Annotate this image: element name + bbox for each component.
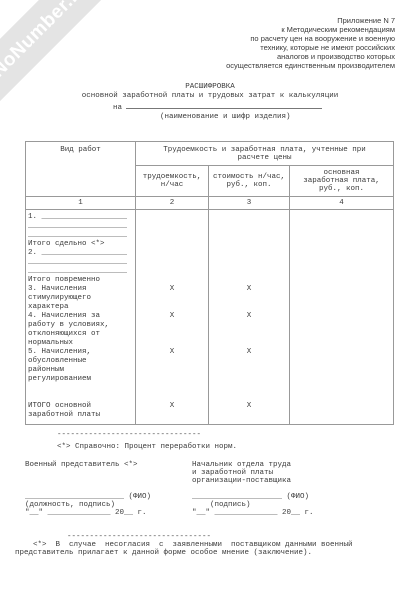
header-cell-vid-rabot: Вид работ <box>26 142 136 197</box>
table-body-row: 1. ___________________ _________________… <box>26 210 394 425</box>
header-cell-trudoemkost: трудоемкость, н/час <box>136 166 209 197</box>
footnote-norms: -------------------------------- <*> Спр… <box>57 431 395 451</box>
footnote-norms-text: <*> Справочно: Процент переработки норм. <box>57 443 395 451</box>
header-cell-stoimost: стоимость н/час, руб., коп. <box>209 166 290 197</box>
footnote-disagreement: -------------------------------- <*> В с… <box>25 533 395 557</box>
document-subtitle: основной заработной платы и трудовых зат… <box>25 92 395 101</box>
labor-department-head-block: Начальник отдела труда и заработной плат… <box>192 461 395 517</box>
product-name-caption: (наименование и шифр изделия) <box>25 113 395 122</box>
na-label: на <box>113 104 122 112</box>
military-representative-block: Военный представитель <*> ______________… <box>25 461 192 517</box>
header-cell-group: Трудоемкость и заработная плата, учтенны… <box>136 142 394 166</box>
body-cell-trudoemkost: X X X X <box>136 210 209 425</box>
product-name-blank <box>126 102 322 109</box>
title-block: РАСШИФРОВКА основной заработной платы и … <box>25 83 395 101</box>
body-cell-vid-rabot: 1. ___________________ _________________… <box>26 210 136 425</box>
footnote-disagreement-text: <*> В случае несогласия с заявленными по… <box>15 541 395 557</box>
column-number-3: 3 <box>209 197 290 210</box>
body-cell-stoimost: X X X X <box>209 210 290 425</box>
header-cell-osnovnaya: основная заработная плата, руб., коп. <box>290 166 394 197</box>
document-title: РАСШИФРОВКА <box>25 83 395 92</box>
table-number-row: 1 2 3 4 <box>26 197 394 210</box>
signature-section: Военный представитель <*> ______________… <box>25 461 395 517</box>
table-header-row-1: Вид работ Трудоемкость и заработная плат… <box>26 142 394 166</box>
body-cell-osnovnaya <box>290 210 394 425</box>
column-number-4: 4 <box>290 197 394 210</box>
footnote-disagreement-separator: -------------------------------- <box>67 533 395 541</box>
product-name-line: на <box>25 102 395 113</box>
footnote-norms-separator: -------------------------------- <box>57 431 395 439</box>
column-number-1: 1 <box>26 197 136 210</box>
breakdown-table: Вид работ Трудоемкость и заработная плат… <box>25 141 394 425</box>
document-page: NoNumber.ru Приложение N 7 к Методически… <box>0 0 420 600</box>
appendix-note: Приложение N 7 к Методическим рекомендац… <box>25 0 395 70</box>
column-number-2: 2 <box>136 197 209 210</box>
document-content: Приложение N 7 к Методическим рекомендац… <box>0 0 420 557</box>
